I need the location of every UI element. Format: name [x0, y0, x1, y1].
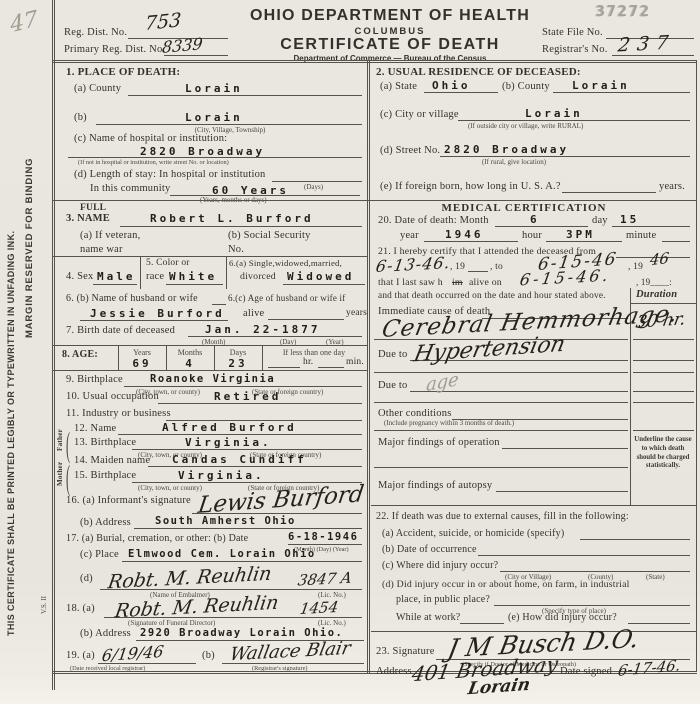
date-signed-label: Date signed: [560, 666, 612, 677]
registrar-sig-label: (b): [202, 650, 215, 661]
birthdate-label: 7. Birth date of deceased: [66, 325, 175, 336]
lastsaw-post: alive on: [469, 277, 502, 288]
age-col-days: Days: [214, 348, 262, 357]
residence-foreign-label: (e) If foreign born, how long in U. S. A…: [380, 181, 561, 192]
residence-title: 2. USUAL RESIDENCE OF DECEASED:: [376, 66, 581, 78]
death-day-value: 15: [620, 213, 639, 226]
director-sig-label: 18. (a): [66, 603, 95, 614]
death-certificate-page: 47 THIS CERTIFICATE SHALL BE PRINTED LEG…: [0, 0, 700, 704]
right-border-rule: [696, 60, 697, 672]
burial-place-label: (c) Place: [80, 549, 119, 560]
death-day-label: day: [592, 215, 608, 226]
father-name-value: Alfred Burford: [162, 421, 297, 434]
certify-19-rule: [468, 271, 488, 272]
birthplace-value: Roanoke Virginia: [150, 373, 275, 385]
burial-date-label: 17. (a) Burial, cremation, or other: (b)…: [66, 533, 248, 544]
mother-name-label: 14. Maiden name: [74, 455, 150, 466]
industry-label: 11. Industry or business: [66, 408, 171, 419]
duration-header: Duration: [636, 289, 677, 300]
residence-street-label: (d) Street No.: [380, 145, 440, 156]
father-side-label: Father: [56, 429, 64, 451]
spouse-age-label3: years: [346, 308, 367, 318]
age-hr-label: hr.: [303, 357, 313, 367]
certify-infix2: , to: [490, 262, 503, 272]
occupation-value: Retired: [214, 390, 281, 403]
external-b-line: [478, 555, 690, 556]
stay-label: (d) Length of stay: In hospital or insti…: [74, 169, 265, 180]
margin-binding-text: MARGIN RESERVED FOR BINDING: [24, 158, 35, 338]
death-year-label: year: [400, 230, 419, 241]
operation-line: [502, 448, 628, 449]
mother-bracket: (: [66, 457, 70, 501]
page-title: OHIO DEPARTMENT OF HEALTH: [225, 7, 555, 25]
birthplace-label: 9. Birthplace: [66, 374, 123, 385]
residence-county-line: [553, 92, 690, 93]
attended-from-value: 6-13-46.: [375, 253, 453, 276]
residence-city-sub: (If outside city or village, write RURAL…: [468, 122, 583, 130]
due1-label: Due to: [378, 349, 408, 360]
document-title: CERTIFICATE OF DEATH: [225, 36, 555, 54]
residence-foreign-line: [562, 192, 656, 193]
mother-birthplace-label: 15. Birthplace: [74, 470, 136, 481]
column-divider-rule: [367, 60, 370, 673]
director-lic-sub: (Lic. No.): [318, 619, 346, 627]
birthplace-line: [124, 386, 362, 387]
death-month-line: [495, 226, 588, 227]
residence-street-sub: (If rural, give location): [482, 158, 546, 166]
age-years-value: 69: [118, 357, 166, 370]
father-birthplace-value: Virginia.: [185, 436, 272, 449]
mother-birthplace-sub1: (City, town, or county): [138, 484, 202, 492]
spouse-value: Jessie Burford: [90, 307, 225, 320]
residence-foreign-years: years.: [659, 181, 685, 192]
occurred-line: and that death occurred on the date and …: [378, 291, 606, 301]
death-minute-line: [662, 241, 690, 242]
certify-infix3: , 19: [628, 262, 643, 272]
due1-duration-rule: [633, 360, 694, 361]
county-value: Lorain: [185, 82, 243, 95]
death-hour-line: [546, 241, 622, 242]
attended-year-suffix: 46: [649, 249, 670, 269]
state-file-label: State File No.: [542, 27, 603, 38]
residence-county-value: Lorain: [572, 79, 630, 92]
other-conditions-label: Other conditions: [378, 408, 451, 419]
residence-state-value: Ohio: [432, 79, 471, 92]
race-value: White: [169, 270, 217, 283]
reg-dist-label: Reg. Dist. No.: [64, 27, 127, 38]
received-date-value: 6/19/46: [101, 642, 165, 666]
age-min-label: min.: [346, 357, 364, 367]
death-month-value: 6: [530, 213, 540, 226]
received-date-label: 19. (a): [66, 650, 95, 661]
occupation-label: 10. Usual occupation: [66, 391, 159, 402]
informant-sig-label: 16. (a) Informant's signature: [66, 495, 191, 506]
autopsy-line: [496, 491, 628, 492]
marital-line: [283, 284, 365, 285]
death-date-label: 20. Date of death: Month: [378, 215, 489, 226]
external-d-label2: place, in public place?: [396, 594, 490, 605]
age-col-months: Months: [166, 348, 214, 357]
father-name-line: [118, 434, 362, 435]
residence-state-line: [424, 92, 498, 93]
spouse-age-label2: alive: [243, 308, 264, 319]
due1-extra-rule: [374, 372, 628, 373]
mother-side-label: Mother: [56, 462, 64, 486]
marital-value: Widowed: [287, 270, 354, 283]
residence-city-line: [458, 120, 690, 121]
external-c-line: [500, 571, 690, 572]
other-duration-rule: [633, 430, 694, 431]
operation-extra-rule: [374, 467, 628, 468]
father-birthplace-line: [132, 449, 362, 450]
physician-extra-scribble: Lorain: [466, 675, 532, 700]
informant-addr-line: [134, 528, 362, 529]
external-a-label: (a) Accident, suicide, or homicide (spec…: [382, 528, 564, 539]
margin-instruction-text: THIS CERTIFICATE SHALL BE PRINTED LEGIBL…: [6, 231, 16, 636]
due2-extra-rule: [374, 402, 628, 403]
hospital-sublabel: (If not in hospital or institution, writ…: [78, 159, 229, 166]
stay-sublabel: (Days): [304, 183, 323, 191]
race-label: 5. Color or: [146, 258, 190, 268]
header-divider-rule: [52, 60, 697, 63]
external-a-line: [580, 539, 690, 540]
burial-place-line: [122, 561, 362, 562]
age-col-years: Years: [118, 348, 166, 357]
name-line: [120, 226, 362, 227]
ssn-label: (b) Social Security: [228, 230, 311, 241]
due2-duration-rule: [633, 391, 694, 392]
death-hour-value: 3PM: [566, 228, 595, 241]
county-label: (a) County: [74, 83, 121, 94]
name-label: 3. NAME: [66, 213, 110, 224]
mother-name-line: [148, 466, 362, 467]
occupation-line: [158, 403, 362, 404]
informant-addr-value: South Amherst Ohio: [155, 515, 296, 527]
spouse-age-label: 6.(c) Age of husband or wife if: [228, 293, 345, 303]
cell-divider-rule: [140, 256, 141, 289]
residence-street-value: 2820 Broadway: [444, 143, 569, 156]
external-e-label: (e) How did injury occur?: [508, 612, 617, 623]
residence-state-label: (a) State: [380, 81, 417, 92]
external-d-line: [494, 605, 690, 606]
external-d-label1: (d) Did injury occur in or about home, o…: [382, 579, 630, 590]
hospital-label: (c) Name of hospital or institution:: [74, 133, 227, 144]
father-birthplace-label: 13. Birthplace: [74, 437, 136, 448]
physician-sig-label: 23. Signature: [376, 646, 435, 657]
external-c-label: (c) Where did injury occur?: [382, 560, 498, 571]
death-year-value: 1946: [445, 228, 484, 241]
director-license: 1454: [299, 598, 340, 618]
external-work-line: [460, 623, 504, 624]
external-b-label: (b) Date of occurrence: [382, 544, 477, 555]
director-addr-value: 2920 Broadway Lorain Ohio.: [140, 627, 343, 639]
lastsaw-struck: im: [452, 277, 463, 288]
row-divider-rule: [52, 370, 368, 371]
registrar-no-value: 237: [617, 31, 677, 56]
age-min-line: [318, 367, 344, 368]
burial-date-line: [288, 544, 362, 545]
residence-county-label: (b) County: [502, 81, 550, 92]
death-hour-label: hour: [522, 230, 542, 241]
director-addr-label: (b) Address: [80, 628, 131, 639]
stay-line: [272, 181, 362, 182]
certify-infix1: , 19: [450, 262, 465, 272]
external-work-label: While at work?: [396, 612, 460, 623]
age-hr-line: [268, 367, 300, 368]
registrar-signature: Wallace Blair: [228, 638, 352, 666]
age-months-value: 4: [166, 357, 214, 370]
row-divider-rule: [52, 345, 368, 346]
due2-label: Due to: [378, 380, 408, 391]
sex-line: [93, 284, 137, 285]
death-minute-label: minute: [626, 230, 656, 241]
burial-date-value: 6-18-1946: [288, 531, 358, 543]
residence-city-value: Lorain: [525, 107, 583, 120]
registrar-no-label: Registrar's No.: [542, 44, 608, 55]
cause-duration-rule: [633, 339, 694, 340]
spouse-label: 6. (b) Name of husband or wife: [66, 293, 198, 304]
spouse-line-short: [212, 304, 226, 305]
external-title: 22. If death was due to external causes,…: [376, 511, 629, 522]
spouse-age-line: [268, 319, 344, 320]
mother-birthplace-value: Virginia.: [178, 469, 265, 482]
residence-street-line: [440, 156, 690, 157]
name-value: Robert L. Burford: [150, 212, 314, 225]
lastsaw-pre: that I last saw h: [378, 277, 443, 288]
reg-dist-value: 753: [144, 9, 182, 35]
row-divider-rule: [52, 256, 368, 257]
city-line: [96, 124, 362, 125]
veteran-label: (a) If veteran,: [80, 230, 140, 241]
birthdate-line: [188, 336, 362, 337]
mother-name-value: Candas Cundiff: [172, 453, 307, 466]
marital-label2: divorced: [240, 271, 276, 282]
marital-label: 6.(a) Single,widowed,married,: [229, 258, 342, 268]
due1-extra-duration-rule: [633, 372, 694, 373]
city-value: Lorain: [185, 111, 243, 124]
external-c-sub3: (State): [646, 573, 665, 581]
community-label: In this community: [90, 183, 170, 194]
father-name-label: 12. Name: [74, 423, 116, 434]
race-label2: race: [146, 271, 164, 282]
due2-extra-duration-rule: [633, 402, 694, 403]
race-line: [166, 284, 223, 285]
burial-place-value: Elmwood Cem. Lorain Ohio: [128, 548, 316, 560]
city-label: (b): [74, 112, 87, 123]
spouse-value-line: [80, 320, 228, 321]
age-days-value: 23: [214, 357, 262, 370]
cause-duration-value: 30 hr.: [634, 309, 687, 333]
primary-reg-dist-value: 8339: [161, 34, 203, 57]
sex-value: Male: [97, 270, 136, 283]
underline-note: Underline the cause to which death shoul…: [632, 436, 694, 471]
embalmer-label: (d): [80, 573, 93, 584]
operation-label: Major findings of operation: [378, 437, 500, 448]
embalmer-license: 3847 A: [297, 569, 354, 590]
primary-reg-dist-label: Primary Reg. Dist. No.: [64, 44, 165, 55]
due2-pencil-note: age: [425, 369, 459, 396]
other-conditions-sub: (Include pregnancy within 3 months of de…: [384, 419, 514, 427]
residence-city-label: (c) City or village: [380, 109, 459, 120]
physician-addr-label: Address: [376, 666, 412, 677]
other-rule: [374, 430, 628, 431]
lastsaw-value: 6-15-46.: [519, 266, 613, 290]
director-sig-sub: (Signature of Funeral Director): [128, 619, 215, 627]
age-label: 8. AGE:: [62, 349, 98, 360]
medical-bottom-rule: [371, 505, 696, 506]
section-divider-rule: [52, 200, 697, 201]
pencil-corner-note: 47: [9, 7, 39, 39]
informant-addr-label: (b) Address: [80, 517, 131, 528]
hospital-value: 2820 Broadway: [140, 145, 265, 158]
ssn-label2: No.: [228, 244, 244, 255]
place-of-death-title: 1. PLACE OF DEATH:: [66, 66, 180, 78]
death-year-line: [424, 241, 518, 242]
full-label: FULL: [80, 203, 106, 213]
autopsy-label: Major findings of autopsy: [378, 480, 492, 491]
form-code: V.S. II: [40, 596, 48, 614]
death-day-line: [612, 226, 690, 227]
birthdate-value: Jan. 22-1877: [205, 323, 320, 336]
cell-divider-rule: [226, 256, 227, 289]
sex-label: 4. Sex: [66, 271, 93, 282]
file-stamp-number: 37272: [596, 2, 651, 20]
county-line: [128, 95, 362, 96]
age-col-less-day: If less than one day: [262, 348, 366, 357]
veteran-label2: name war: [80, 244, 123, 255]
lastsaw-end: , 19____:: [636, 277, 672, 287]
